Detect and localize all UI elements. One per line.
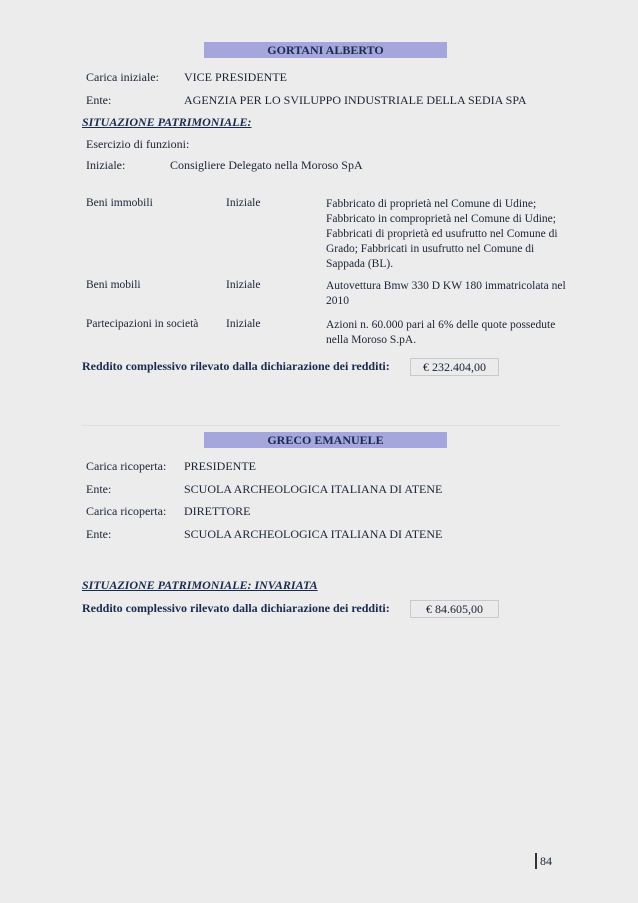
section-title: SITUAZIONE PATRIMONIALE: INVARIATA bbox=[82, 578, 318, 593]
income-value: € 232.404,00 bbox=[410, 358, 499, 376]
asset-status: Iniziale bbox=[226, 197, 260, 209]
row-value: SCUOLA ARCHEOLOGICA ITALIANA DI ATENE bbox=[184, 482, 442, 497]
row-label: Carica iniziale: bbox=[86, 70, 159, 85]
page-number: 84 bbox=[535, 853, 552, 869]
row-label: Carica ricoperta: bbox=[86, 504, 166, 519]
asset-type: Beni mobili bbox=[86, 279, 141, 291]
asset-description: Azioni n. 60.000 pari al 6% delle quote … bbox=[326, 318, 576, 348]
asset-status: Iniziale bbox=[226, 279, 260, 291]
row-label: Ente: bbox=[86, 93, 111, 108]
section-title: SITUAZIONE PATRIMONIALE: bbox=[82, 115, 251, 130]
person-name-header: GORTANI ALBERTO bbox=[204, 42, 447, 58]
row-label: Iniziale: bbox=[86, 158, 125, 173]
row-value: AGENZIA PER LO SVILUPPO INDUSTRIALE DELL… bbox=[184, 93, 527, 108]
section-divider bbox=[82, 425, 560, 426]
row-label: Ente: bbox=[86, 527, 111, 542]
asset-type: Beni immobili bbox=[86, 197, 153, 209]
asset-type: Partecipazioni in società bbox=[86, 318, 198, 330]
row-value: VICE PRESIDENTE bbox=[184, 70, 287, 85]
row-value: DIRETTORE bbox=[184, 504, 250, 519]
asset-description: Autovettura Bmw 330 D KW 180 immatricola… bbox=[326, 279, 576, 309]
asset-description: Fabbricato di proprietà nel Comune di Ud… bbox=[326, 197, 576, 272]
row-label: Carica ricoperta: bbox=[86, 459, 166, 474]
functions-label: Esercizio di funzioni: bbox=[86, 137, 189, 152]
income-label: Reddito complessivo rilevato dalla dichi… bbox=[82, 359, 390, 374]
asset-status: Iniziale bbox=[226, 318, 260, 330]
document-page: GORTANI ALBERTO Carica iniziale: VICE PR… bbox=[0, 0, 638, 903]
income-label: Reddito complessivo rilevato dalla dichi… bbox=[82, 601, 390, 616]
row-value: Consigliere Delegato nella Moroso SpA bbox=[170, 158, 363, 173]
person-name-header: GRECO EMANUELE bbox=[204, 432, 447, 448]
income-value: € 84.605,00 bbox=[410, 600, 499, 618]
row-value: SCUOLA ARCHEOLOGICA ITALIANA DI ATENE bbox=[184, 527, 442, 542]
row-value: PRESIDENTE bbox=[184, 459, 256, 474]
row-label: Ente: bbox=[86, 482, 111, 497]
